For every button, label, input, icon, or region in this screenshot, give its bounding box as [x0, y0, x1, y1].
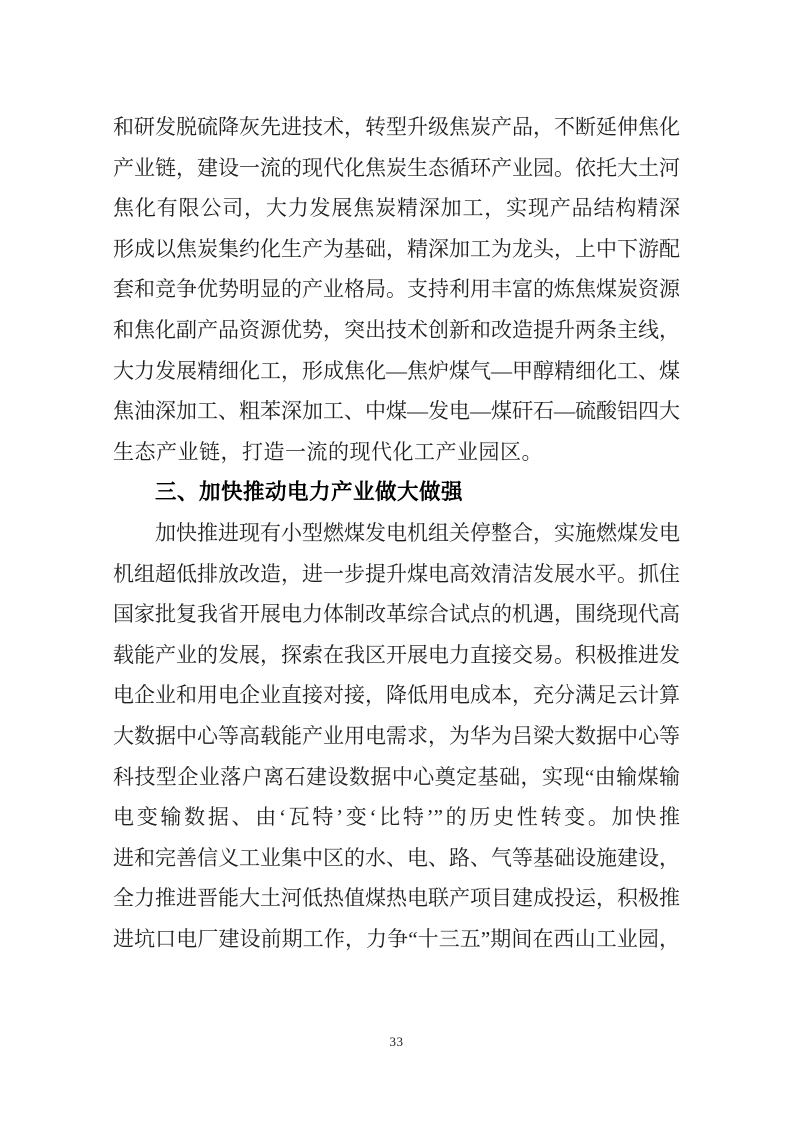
paragraph1-line: 和研发脱硫降灰先进技术，转型升级焦炭产品，不断延伸焦化 [113, 107, 680, 148]
paragraph2-line: 国家批复我省开展电力体制改革综合试点的机遇，围绕现代高 [113, 594, 680, 635]
paragraph1-line: 焦化有限公司，大力发展焦炭精深加工，实现产品结构精深化， [113, 188, 680, 229]
paragraph2-line: 进和完善信义工业集中区的水、电、路、气等基础设施建设， [113, 838, 680, 879]
paragraph2-line: 电企业和用电企业直接对接，降低用电成本，充分满足云计算 [113, 675, 680, 716]
paragraph1-line: 生态产业链，打造一流的现代化工产业园区。 [113, 432, 680, 473]
text-block: 和研发脱硫降灰先进技术，转型升级焦炭产品，不断延伸焦化 产业链，建设一流的现代化… [113, 107, 680, 959]
paragraph2-line: 大数据中心等高载能产业用电需求，为华为吕梁大数据中心等 [113, 716, 680, 757]
paragraph2-line: 加快推进现有小型燃煤发电机组关停整合，实施燃煤发电 [113, 513, 680, 554]
paragraph2-line: 进坑口电厂建设前期工作，力争“十三五”期间在西山工业园， [113, 919, 680, 960]
page-number: 33 [0, 1034, 793, 1050]
paragraph1-line: 大力发展精细化工，形成焦化—焦炉煤气—甲醇精细化工、煤 [113, 351, 680, 392]
paragraph2-line: 载能产业的发展，探索在我区开展电力直接交易。积极推进发 [113, 635, 680, 676]
paragraph1-line: 和焦化副产品资源优势，突出技术创新和改造提升两条主线， [113, 310, 680, 351]
paragraph2-line: 科技型企业落户离石建设数据中心奠定基础，实现“由输煤输 [113, 757, 680, 798]
section-heading: 三、加快推动电力产业做大做强 [113, 472, 680, 513]
paragraph1-line: 形成以焦炭集约化生产为基础，精深加工为龙头，上中下游配 [113, 229, 680, 270]
paragraph1-line: 产业链，建设一流的现代化焦炭生态循环产业园。依托大土河 [113, 148, 680, 189]
paragraph1-line: 焦油深加工、粗苯深加工、中煤—发电—煤矸石—硫酸铝四大 [113, 391, 680, 432]
paragraph2-line: 电变输数据、由‘瓦特’变‘比特’”的历史性转变。加快推 [113, 797, 680, 838]
document-page: 和研发脱硫降灰先进技术，转型升级焦炭产品，不断延伸焦化 产业链，建设一流的现代化… [0, 0, 793, 1122]
paragraph2-line: 全力推进晋能大土河低热值煤热电联产项目建成投运，积极推 [113, 878, 680, 919]
paragraph1-line: 套和竞争优势明显的产业格局。支持利用丰富的炼焦煤炭资源 [113, 269, 680, 310]
paragraph2-line: 机组超低排放改造，进一步提升煤电高效清洁发展水平。抓住 [113, 554, 680, 595]
